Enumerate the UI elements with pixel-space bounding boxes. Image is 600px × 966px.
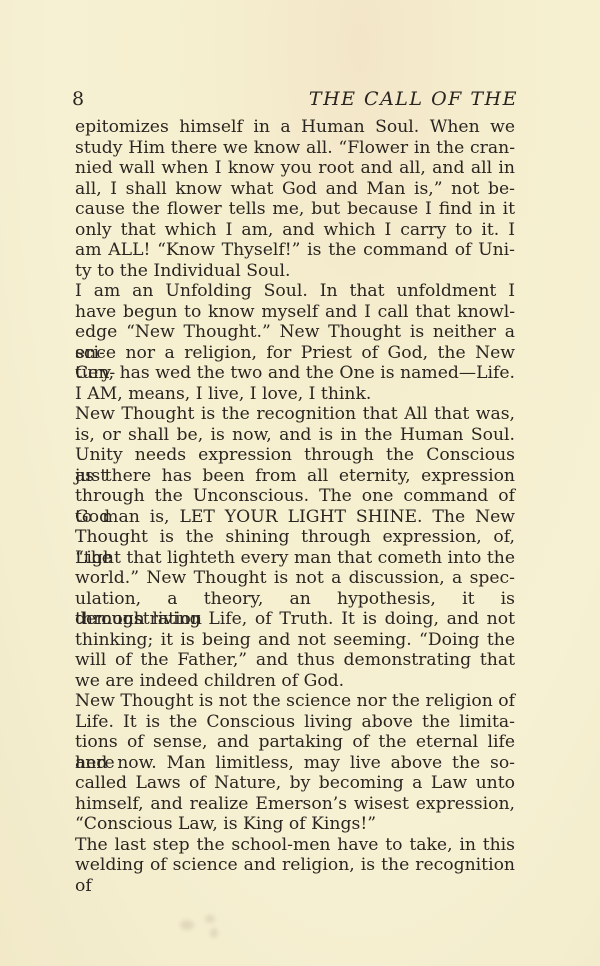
text-line: edge “New Thought.” New Thought is neith… [75, 322, 515, 343]
text-line: and now. Man limitless, may live above t… [75, 753, 515, 774]
text-line: ence nor a religion, for Priest of God, … [75, 343, 515, 364]
text-line: New Thought is not the science nor the r… [75, 691, 515, 712]
text-line: tions of sense, and partaking of the ete… [75, 732, 515, 753]
page-header: 8 THE CALL OF THE [72, 88, 518, 112]
text-line: through living Life, of Truth. It is doi… [75, 609, 515, 630]
text-line: epitomizes himself in a Human Soul. When… [75, 117, 515, 138]
text-line: The last step the school-men have to tak… [75, 835, 515, 856]
text-line: welding of science and religion, is the … [75, 855, 515, 876]
text-line: I am an Unfolding Soul. In that unfoldme… [75, 281, 515, 302]
text-line: is, or shall be, is now, and is in the H… [75, 425, 515, 446]
body-text: epitomizes himself in a Human Soul. When… [75, 117, 515, 876]
paper-stain [210, 928, 218, 938]
text-line: as there has been from all eternity, exp… [75, 466, 515, 487]
paper-stain [205, 915, 215, 923]
text-line: “Conscious Law, is King of Kings!” [75, 814, 515, 835]
text-line: am ALL! “Know Thyself!” is the command o… [75, 240, 515, 261]
text-line: through the Unconscious. The one command… [75, 486, 515, 507]
text-line: will of the Father,” and thus demonstrat… [75, 650, 515, 671]
text-line: only that which I am, and which I carry … [75, 220, 515, 241]
text-line: thinking; it is being and not seeming. “… [75, 630, 515, 651]
text-line: ulation, a theory, an hypothesis, it is … [75, 589, 515, 610]
running-title: THE CALL OF THE [309, 88, 518, 110]
text-line: ty to the Individual Soul. [75, 261, 515, 282]
paper-stain [180, 920, 194, 930]
text-line: all, I shall know what God and Man is,” … [75, 179, 515, 200]
text-line: Light that lighteth every man that comet… [75, 548, 515, 569]
text-line: New Thought is the recognition that All … [75, 404, 515, 425]
text-line: world.” New Thought is not a discussion,… [75, 568, 515, 589]
text-line: to man is, LET YOUR LIGHT SHINE. The New [75, 507, 515, 528]
text-line: study Him there we know all. “Flower in … [75, 138, 515, 159]
text-line: himself, and realize Emerson’s wisest ex… [75, 794, 515, 815]
text-line: Life. It is the Conscious living above t… [75, 712, 515, 733]
text-line: we are indeed children of God. [75, 671, 515, 692]
text-line: called Laws of Nature, by becoming a Law… [75, 773, 515, 794]
text-line: Thought is the shining through expressio… [75, 527, 515, 548]
text-line: have begun to know myself and I call tha… [75, 302, 515, 323]
text-line: cause the flower tells me, but because I… [75, 199, 515, 220]
text-line: tury, has wed the two and the One is nam… [75, 363, 515, 384]
text-line: I AM, means, I live, I love, I think. [75, 384, 515, 405]
text-line: nied wall when I know you root and all, … [75, 158, 515, 179]
page-number: 8 [72, 88, 84, 110]
text-line: Unity needs expression through the Consc… [75, 445, 515, 466]
